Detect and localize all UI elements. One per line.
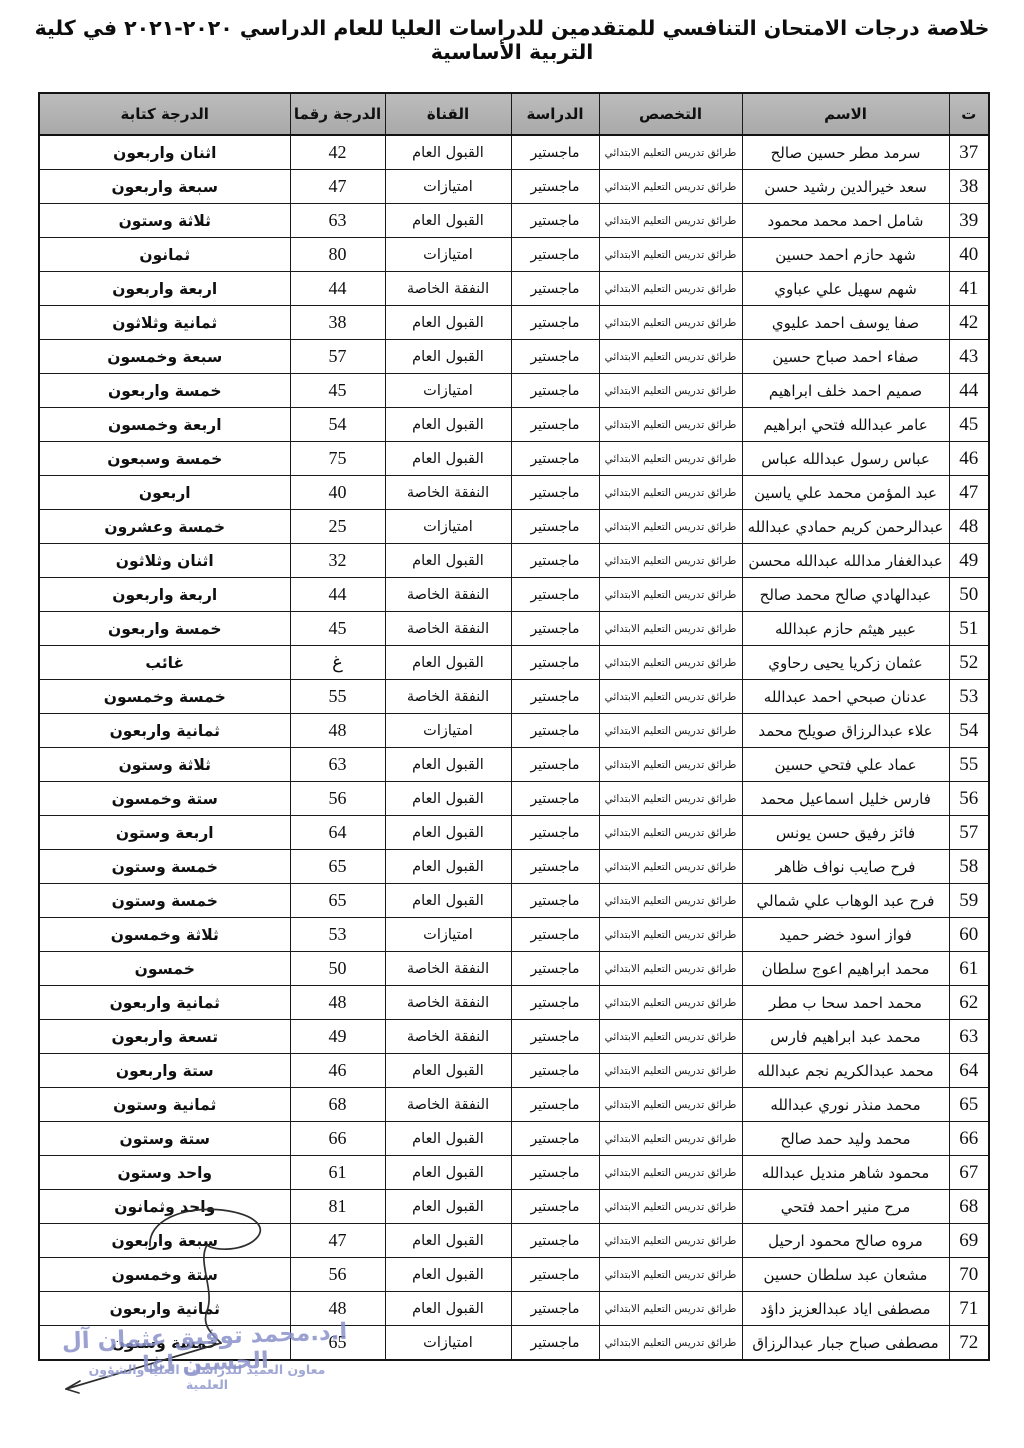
cell-specialization: طرائق تدريس التعليم الابتدائي [599,952,742,986]
table-row: 52عثمان زكريا يحيى رحاويطرائق تدريس التع… [39,646,989,680]
cell-name: سرمد مطر حسين صالح [742,135,949,170]
cell-channel: القبول العام [385,1122,511,1156]
cell-grade-numeric: 46 [290,1054,385,1088]
cell-grade-numeric: 61 [290,1156,385,1190]
table-row: 68مرح منير احمد فتحيطرائق تدريس التعليم … [39,1190,989,1224]
cell-name: عبدالغفار مدالله عبدالله محسن [742,544,949,578]
cell-channel: القبول العام [385,850,511,884]
cell-specialization: طرائق تدريس التعليم الابتدائي [599,340,742,374]
header-row: ت الاسم التخصص الدراسة القناة الدرجة رقم… [39,93,989,135]
cell-study: ماجستير [511,544,599,578]
table-row: 53عدنان صبحي احمد عبداللهطرائق تدريس الت… [39,680,989,714]
cell-specialization: طرائق تدريس التعليم الابتدائي [599,612,742,646]
cell-index: 69 [949,1224,989,1258]
cell-grade-written: سبعة وخمسون [39,340,290,374]
table-row: 66محمد وليد حمد صالحطرائق تدريس التعليم … [39,1122,989,1156]
table-row: 46عباس رسول عبدالله عباسطرائق تدريس التع… [39,442,989,476]
cell-grade-written: اربعة وستون [39,816,290,850]
cell-index: 37 [949,135,989,170]
cell-index: 45 [949,408,989,442]
cell-grade-written: ثلاثة وخمسون [39,918,290,952]
cell-index: 43 [949,340,989,374]
cell-study: ماجستير [511,408,599,442]
table-row: 55عماد علي فتحي حسينطرائق تدريس التعليم … [39,748,989,782]
cell-name: صميم احمد خلف ابراهيم [742,374,949,408]
cell-grade-numeric: 45 [290,374,385,408]
cell-grade-written: خمسون [39,952,290,986]
cell-specialization: طرائق تدريس التعليم الابتدائي [599,850,742,884]
cell-grade-numeric: 49 [290,1020,385,1054]
cell-channel: القبول العام [385,306,511,340]
cell-channel: القبول العام [385,408,511,442]
cell-index: 44 [949,374,989,408]
cell-grade-numeric: 44 [290,272,385,306]
cell-study: ماجستير [511,748,599,782]
cell-index: 72 [949,1326,989,1361]
cell-channel: النفقة الخاصة [385,952,511,986]
cell-grade-written: واحد وستون [39,1156,290,1190]
cell-index: 62 [949,986,989,1020]
table-row: 57فائز رفيق حسن يونسطرائق تدريس التعليم … [39,816,989,850]
cell-study: ماجستير [511,374,599,408]
cell-name: فرح عبد الوهاب علي شمالي [742,884,949,918]
cell-specialization: طرائق تدريس التعليم الابتدائي [599,544,742,578]
cell-grade-written: ثمانون [39,238,290,272]
cell-index: 53 [949,680,989,714]
cell-grade-written: سبعة واربعون [39,170,290,204]
cell-index: 49 [949,544,989,578]
cell-grade-numeric: 47 [290,1224,385,1258]
table-row: 64محمد عبدالكريم نجم عبداللهطرائق تدريس … [39,1054,989,1088]
cell-study: ماجستير [511,884,599,918]
cell-specialization: طرائق تدريس التعليم الابتدائي [599,1054,742,1088]
table-row: 48عبدالرحمن كريم حمادي عبداللهطرائق تدري… [39,510,989,544]
cell-name: عبير هيثم حازم عبدالله [742,612,949,646]
cell-study: ماجستير [511,204,599,238]
cell-name: عثمان زكريا يحيى رحاوي [742,646,949,680]
cell-channel: امتيازات [385,918,511,952]
table-row: 60فواز اسود خضر حميدطرائق تدريس التعليم … [39,918,989,952]
cell-specialization: طرائق تدريس التعليم الابتدائي [599,374,742,408]
cell-index: 41 [949,272,989,306]
cell-channel: النفقة الخاصة [385,476,511,510]
header-grade-numeric: الدرجة رقما [290,93,385,135]
cell-specialization: طرائق تدريس التعليم الابتدائي [599,1258,742,1292]
cell-grade-written: خمسة واربعون [39,612,290,646]
cell-grade-numeric: 48 [290,986,385,1020]
cell-channel: النفقة الخاصة [385,986,511,1020]
table-row: 61محمد ابراهيم اعوج سلطانطرائق تدريس الت… [39,952,989,986]
cell-grade-numeric: 44 [290,578,385,612]
cell-channel: امتيازات [385,374,511,408]
cell-grade-numeric: 42 [290,135,385,170]
cell-name: محمد ابراهيم اعوج سلطان [742,952,949,986]
table-row: 71مصطفى اياد عبدالعزيز داؤدطرائق تدريس ا… [39,1292,989,1326]
table-row: 44صميم احمد خلف ابراهيمطرائق تدريس التعل… [39,374,989,408]
cell-channel: امتيازات [385,714,511,748]
cell-specialization: طرائق تدريس التعليم الابتدائي [599,442,742,476]
cell-channel: النفقة الخاصة [385,272,511,306]
table-row: 59فرح عبد الوهاب علي شماليطرائق تدريس ال… [39,884,989,918]
cell-specialization: طرائق تدريس التعليم الابتدائي [599,1190,742,1224]
cell-name: عبدالهادي صالح محمد صالح [742,578,949,612]
cell-grade-numeric: 64 [290,816,385,850]
cell-channel: القبول العام [385,1190,511,1224]
cell-index: 38 [949,170,989,204]
cell-index: 58 [949,850,989,884]
cell-channel: النفقة الخاصة [385,1088,511,1122]
cell-channel: القبول العام [385,135,511,170]
cell-study: ماجستير [511,714,599,748]
cell-index: 60 [949,918,989,952]
cell-grade-written: خمسة وخمسون [39,680,290,714]
cell-index: 42 [949,306,989,340]
cell-channel: النفقة الخاصة [385,680,511,714]
table-row: 41شهم سهيل علي عباويطرائق تدريس التعليم … [39,272,989,306]
cell-name: محمود شاهر منديل عبدالله [742,1156,949,1190]
cell-channel: القبول العام [385,782,511,816]
cell-name: صفا يوسف احمد عليوي [742,306,949,340]
cell-grade-written: واحد وثمانون [39,1190,290,1224]
cell-grade-written: خمسة وعشرون [39,510,290,544]
cell-study: ماجستير [511,510,599,544]
cell-name: عامر عبدالله فتحي ابراهيم [742,408,949,442]
cell-channel: القبول العام [385,204,511,238]
cell-grade-numeric: 53 [290,918,385,952]
cell-study: ماجستير [511,1326,599,1361]
cell-name: عدنان صبحي احمد عبدالله [742,680,949,714]
cell-study: ماجستير [511,238,599,272]
cell-study: ماجستير [511,612,599,646]
cell-index: 54 [949,714,989,748]
cell-name: محمد منذر نوري عبدالله [742,1088,949,1122]
cell-study: ماجستير [511,646,599,680]
header-study: الدراسة [511,93,599,135]
cell-grade-numeric: 54 [290,408,385,442]
cell-grade-numeric: 57 [290,340,385,374]
cell-name: فرح صايب نواف ظاهر [742,850,949,884]
cell-index: 50 [949,578,989,612]
cell-study: ماجستير [511,170,599,204]
cell-specialization: طرائق تدريس التعليم الابتدائي [599,510,742,544]
cell-study: ماجستير [511,135,599,170]
cell-channel: امتيازات [385,170,511,204]
cell-channel: القبول العام [385,340,511,374]
cell-channel: امتيازات [385,238,511,272]
cell-name: عماد علي فتحي حسين [742,748,949,782]
cell-grade-numeric: غ [290,646,385,680]
cell-specialization: طرائق تدريس التعليم الابتدائي [599,986,742,1020]
table-row: 49عبدالغفار مدالله عبدالله محسنطرائق تدر… [39,544,989,578]
cell-channel: القبول العام [385,646,511,680]
cell-grade-numeric: 65 [290,850,385,884]
cell-specialization: طرائق تدريس التعليم الابتدائي [599,204,742,238]
cell-index: 64 [949,1054,989,1088]
cell-specialization: طرائق تدريس التعليم الابتدائي [599,884,742,918]
table-row: 37سرمد مطر حسين صالحطرائق تدريس التعليم … [39,135,989,170]
cell-grade-written: اربعون [39,476,290,510]
cell-specialization: طرائق تدريس التعليم الابتدائي [599,272,742,306]
table-row: 42صفا يوسف احمد عليويطرائق تدريس التعليم… [39,306,989,340]
table-row: 40شهد حازم احمد حسينطرائق تدريس التعليم … [39,238,989,272]
cell-grade-numeric: 63 [290,748,385,782]
table-row: 45عامر عبدالله فتحي ابراهيمطرائق تدريس ا… [39,408,989,442]
cell-study: ماجستير [511,1258,599,1292]
cell-name: محمد عبد ابراهيم فارس [742,1020,949,1054]
cell-grade-numeric: 32 [290,544,385,578]
table-row: 54علاء عبدالرزاق صويلح محمدطرائق تدريس ا… [39,714,989,748]
cell-grade-numeric: 47 [290,170,385,204]
grades-table-body: 37سرمد مطر حسين صالحطرائق تدريس التعليم … [39,135,989,1360]
cell-index: 39 [949,204,989,238]
cell-channel: القبول العام [385,884,511,918]
cell-study: ماجستير [511,442,599,476]
cell-channel: امتيازات [385,1326,511,1361]
cell-grade-numeric: 63 [290,204,385,238]
table-row: 70مشعان عبد سلطان حسينطرائق تدريس التعلي… [39,1258,989,1292]
grades-table: ت الاسم التخصص الدراسة القناة الدرجة رقم… [38,92,990,1361]
cell-name: علاء عبدالرزاق صويلح محمد [742,714,949,748]
cell-index: 52 [949,646,989,680]
cell-channel: القبول العام [385,1292,511,1326]
cell-name: شهم سهيل علي عباوي [742,272,949,306]
cell-grade-numeric: 45 [290,612,385,646]
cell-specialization: طرائق تدريس التعليم الابتدائي [599,170,742,204]
cell-study: ماجستير [511,918,599,952]
cell-index: 48 [949,510,989,544]
cell-name: سعد خيرالدين رشيد حسن [742,170,949,204]
cell-grade-numeric: 55 [290,680,385,714]
cell-grade-numeric: 75 [290,442,385,476]
cell-study: ماجستير [511,1088,599,1122]
cell-name: فواز اسود خضر حميد [742,918,949,952]
cell-specialization: طرائق تدريس التعليم الابتدائي [599,748,742,782]
cell-index: 65 [949,1088,989,1122]
cell-channel: القبول العام [385,1224,511,1258]
cell-channel: القبول العام [385,544,511,578]
cell-study: ماجستير [511,850,599,884]
table-row: 38سعد خيرالدين رشيد حسنطرائق تدريس التعل… [39,170,989,204]
cell-grade-numeric: 25 [290,510,385,544]
cell-grade-numeric: 80 [290,238,385,272]
cell-specialization: طرائق تدريس التعليم الابتدائي [599,782,742,816]
cell-study: ماجستير [511,1224,599,1258]
table-row: 63محمد عبد ابراهيم فارسطرائق تدريس التعل… [39,1020,989,1054]
cell-grade-numeric: 50 [290,952,385,986]
cell-channel: القبول العام [385,748,511,782]
cell-grade-written: اربعة وخمسون [39,408,290,442]
cell-name: فارس خليل اسماعيل محمد [742,782,949,816]
cell-study: ماجستير [511,1054,599,1088]
cell-grade-written: ثلاثة وستون [39,204,290,238]
cell-study: ماجستير [511,952,599,986]
table-row: 50عبدالهادي صالح محمد صالحطرائق تدريس ال… [39,578,989,612]
cell-name: شامل احمد محمد محمود [742,204,949,238]
scanned-document-page: خلاصة درجات الامتحان التنافسي للمتقدمين … [0,0,1024,1448]
table-row: 58فرح صايب نواف ظاهرطرائق تدريس التعليم … [39,850,989,884]
table-header: ت الاسم التخصص الدراسة القناة الدرجة رقم… [39,93,989,135]
cell-specialization: طرائق تدريس التعليم الابتدائي [599,1156,742,1190]
cell-specialization: طرائق تدريس التعليم الابتدائي [599,918,742,952]
cell-name: مصطفى صباح جبار عبدالرزاق [742,1326,949,1361]
cell-index: 55 [949,748,989,782]
cell-study: ماجستير [511,816,599,850]
cell-study: ماجستير [511,476,599,510]
cell-specialization: طرائق تدريس التعليم الابتدائي [599,816,742,850]
cell-channel: القبول العام [385,1156,511,1190]
cell-grade-written: ثمانية وستون [39,1088,290,1122]
cell-grade-written: ستة وخمسون [39,1258,290,1292]
cell-study: ماجستير [511,272,599,306]
cell-specialization: طرائق تدريس التعليم الابتدائي [599,646,742,680]
header-grade-written: الدرجة كتابة [39,93,290,135]
cell-channel: النفقة الخاصة [385,612,511,646]
cell-grade-numeric: 40 [290,476,385,510]
cell-name: مصطفى اياد عبدالعزيز داؤد [742,1292,949,1326]
signature-stamp-title: معاون العميد للدراسات العليا والشؤون الع… [76,1362,338,1392]
table-row: 62محمد احمد سحا ب مطرطرائق تدريس التعليم… [39,986,989,1020]
cell-grade-written: خمسة وستون [39,884,290,918]
cell-grade-written: اثنان واربعون [39,135,290,170]
cell-specialization: طرائق تدريس التعليم الابتدائي [599,476,742,510]
cell-specialization: طرائق تدريس التعليم الابتدائي [599,1122,742,1156]
cell-index: 68 [949,1190,989,1224]
cell-name: مروه صالح محمود ارحيل [742,1224,949,1258]
cell-index: 67 [949,1156,989,1190]
cell-grade-written: ثمانية واربعون [39,714,290,748]
cell-grade-numeric: 38 [290,306,385,340]
cell-index: 63 [949,1020,989,1054]
cell-index: 40 [949,238,989,272]
table-row: 51عبير هيثم حازم عبداللهطرائق تدريس التع… [39,612,989,646]
cell-channel: القبول العام [385,442,511,476]
cell-index: 47 [949,476,989,510]
cell-name: مشعان عبد سلطان حسين [742,1258,949,1292]
cell-grade-written: خمسة وستون [39,850,290,884]
cell-grade-numeric: 68 [290,1088,385,1122]
cell-specialization: طرائق تدريس التعليم الابتدائي [599,135,742,170]
cell-specialization: طرائق تدريس التعليم الابتدائي [599,238,742,272]
cell-name: صفاء احمد صباح حسين [742,340,949,374]
cell-specialization: طرائق تدريس التعليم الابتدائي [599,714,742,748]
header-channel: القناة [385,93,511,135]
cell-grade-written: ستة وخمسون [39,782,290,816]
cell-grade-written: ثلاثة وستون [39,748,290,782]
page-title: خلاصة درجات الامتحان التنافسي للمتقدمين … [28,16,996,64]
table-row: 69مروه صالح محمود ارحيلطرائق تدريس التعل… [39,1224,989,1258]
cell-channel: النفقة الخاصة [385,578,511,612]
cell-index: 61 [949,952,989,986]
cell-grade-numeric: 56 [290,782,385,816]
cell-study: ماجستير [511,1122,599,1156]
cell-study: ماجستير [511,340,599,374]
cell-channel: القبول العام [385,816,511,850]
cell-grade-numeric: 81 [290,1190,385,1224]
cell-name: محمد عبدالكريم نجم عبدالله [742,1054,949,1088]
cell-study: ماجستير [511,1292,599,1326]
header-specialization: التخصص [599,93,742,135]
cell-name: مرح منير احمد فتحي [742,1190,949,1224]
cell-grade-written: سبعة واربعون [39,1224,290,1258]
cell-grade-numeric: 48 [290,714,385,748]
cell-specialization: طرائق تدريس التعليم الابتدائي [599,578,742,612]
cell-name: فائز رفيق حسن يونس [742,816,949,850]
table-row: 56فارس خليل اسماعيل محمدطرائق تدريس التع… [39,782,989,816]
cell-specialization: طرائق تدريس التعليم الابتدائي [599,1326,742,1361]
cell-study: ماجستير [511,782,599,816]
cell-grade-written: اثنان وثلاثون [39,544,290,578]
cell-study: ماجستير [511,1190,599,1224]
cell-index: 71 [949,1292,989,1326]
cell-name: عبد المؤمن محمد علي ياسين [742,476,949,510]
cell-grade-written: ثمانية وثلاثون [39,306,290,340]
table-row: 65محمد منذر نوري عبداللهطرائق تدريس التع… [39,1088,989,1122]
cell-specialization: طرائق تدريس التعليم الابتدائي [599,680,742,714]
cell-index: 46 [949,442,989,476]
cell-name: محمد احمد سحا ب مطر [742,986,949,1020]
cell-specialization: طرائق تدريس التعليم الابتدائي [599,1292,742,1326]
cell-channel: القبول العام [385,1054,511,1088]
cell-grade-written: تسعة واربعون [39,1020,290,1054]
cell-index: 56 [949,782,989,816]
cell-grade-numeric: 66 [290,1122,385,1156]
cell-grade-written: ثمانية واربعون [39,1292,290,1326]
cell-grade-written: ثمانية واربعون [39,986,290,1020]
table-row: 67محمود شاهر منديل عبداللهطرائق تدريس ال… [39,1156,989,1190]
cell-grade-written: اربعة واربعون [39,272,290,306]
cell-grade-written: خمسة واربعون [39,374,290,408]
cell-grade-written: خمسة وسبعون [39,442,290,476]
cell-index: 51 [949,612,989,646]
cell-index: 70 [949,1258,989,1292]
cell-specialization: طرائق تدريس التعليم الابتدائي [599,408,742,442]
cell-index: 59 [949,884,989,918]
table-row: 39شامل احمد محمد محمودطرائق تدريس التعلي… [39,204,989,238]
cell-grade-written: اربعة واربعون [39,578,290,612]
cell-study: ماجستير [511,1156,599,1190]
cell-study: ماجستير [511,680,599,714]
cell-channel: القبول العام [385,1258,511,1292]
cell-name: محمد وليد حمد صالح [742,1122,949,1156]
cell-grade-numeric: 65 [290,884,385,918]
cell-specialization: طرائق تدريس التعليم الابتدائي [599,306,742,340]
header-index: ت [949,93,989,135]
cell-specialization: طرائق تدريس التعليم الابتدائي [599,1088,742,1122]
header-name: الاسم [742,93,949,135]
cell-index: 57 [949,816,989,850]
cell-name: عبدالرحمن كريم حمادي عبدالله [742,510,949,544]
cell-study: ماجستير [511,986,599,1020]
cell-specialization: طرائق تدريس التعليم الابتدائي [599,1020,742,1054]
cell-channel: النفقة الخاصة [385,1020,511,1054]
cell-study: ماجستير [511,1020,599,1054]
cell-specialization: طرائق تدريس التعليم الابتدائي [599,1224,742,1258]
cell-grade-written: غائب [39,646,290,680]
cell-channel: امتيازات [385,510,511,544]
table-row: 47عبد المؤمن محمد علي ياسينطرائق تدريس ا… [39,476,989,510]
cell-name: شهد حازم احمد حسين [742,238,949,272]
cell-name: عباس رسول عبدالله عباس [742,442,949,476]
cell-study: ماجستير [511,306,599,340]
cell-grade-numeric: 56 [290,1258,385,1292]
table-row: 43صفاء احمد صباح حسينطرائق تدريس التعليم… [39,340,989,374]
cell-study: ماجستير [511,578,599,612]
cell-index: 66 [949,1122,989,1156]
cell-grade-written: ستة وستون [39,1122,290,1156]
cell-grade-written: ستة واربعون [39,1054,290,1088]
